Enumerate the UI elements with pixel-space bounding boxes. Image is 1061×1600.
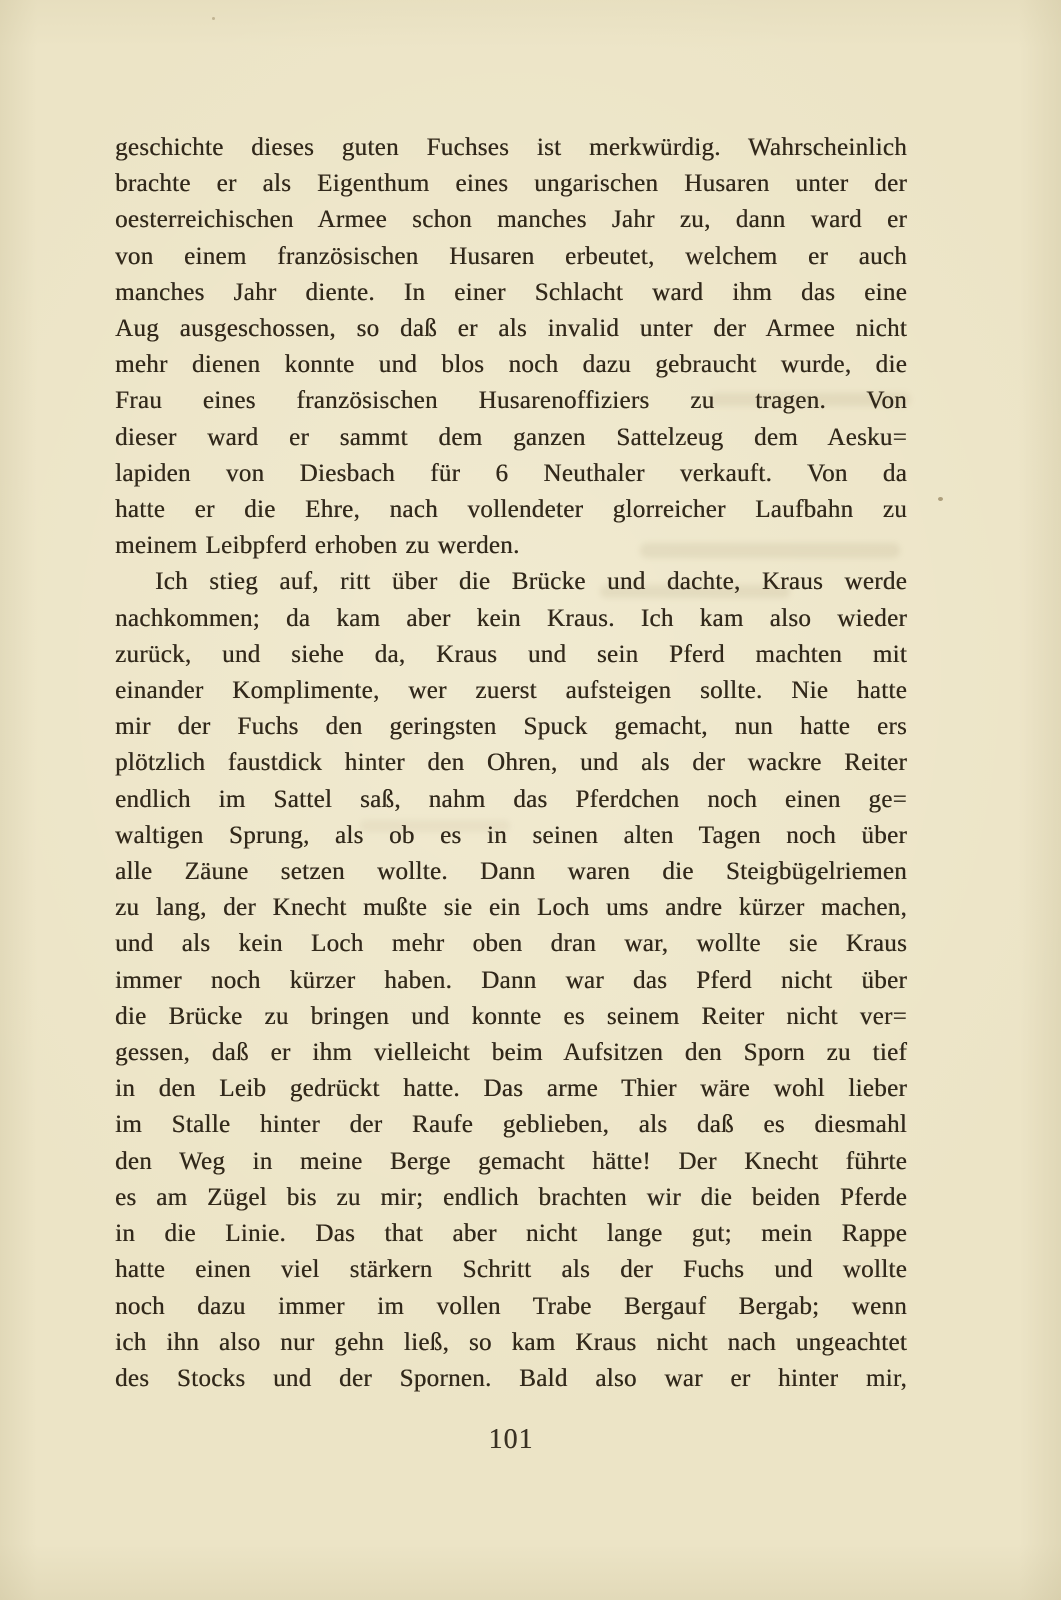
text-line: Ich stieg auf, ritt über die Brücke und …: [115, 564, 907, 600]
text-line: waltigen Sprung, als ob es in seinen alt…: [115, 818, 907, 854]
scanned-book-page: geschichte dieses guten Fuchses ist merk…: [0, 0, 1061, 1600]
text-line: oesterreichischen Armee schon manches Ja…: [115, 202, 907, 238]
text-line: brachte er als Eigenthum eines ungarisch…: [115, 166, 907, 202]
text-line: mir der Fuchs den geringsten Spuck gemac…: [115, 709, 907, 745]
paper-fleck: [212, 17, 215, 20]
text-line: geschichte dieses guten Fuchses ist merk…: [115, 130, 907, 166]
text-line: es am Zügel bis zu mir; endlich brachten…: [115, 1180, 907, 1216]
text-line: gessen, daß er ihm vielleicht beim Aufsi…: [115, 1035, 907, 1071]
text-line: des Stocks und der Spornen. Bald also wa…: [115, 1361, 907, 1397]
text-line: zu lang, der Knecht mußte sie ein Loch u…: [115, 890, 907, 926]
text-line: Aug ausgeschossen, so daß er als invalid…: [115, 311, 907, 347]
text-line: einander Komplimente, wer zuerst aufstei…: [115, 673, 907, 709]
text-line: den Weg in meine Berge gemacht hätte! De…: [115, 1144, 907, 1180]
text-line: noch dazu immer im vollen Trabe Bergauf …: [115, 1289, 907, 1325]
text-line: dieser ward er sammt dem ganzen Sattelze…: [115, 420, 907, 456]
text-line: nachkommen; da kam aber kein Kraus. Ich …: [115, 601, 907, 637]
text-line: in die Linie. Das that aber nicht lange …: [115, 1216, 907, 1252]
text-line: in den Leib gedrückt hatte. Das arme Thi…: [115, 1071, 907, 1107]
text-line: manches Jahr diente. In einer Schlacht w…: [115, 275, 907, 311]
paper-fleck: [938, 497, 943, 501]
text-line: alle Zäune setzen wollte. Dann waren die…: [115, 854, 907, 890]
text-line: zurück, und siehe da, Kraus und sein Pfe…: [115, 637, 907, 673]
text-line: mehr dienen konnte und blos noch dazu ge…: [115, 347, 907, 383]
text-line: lapiden von Diesbach für 6 Neuthaler ver…: [115, 456, 907, 492]
text-line: endlich im Sattel saß, nahm das Pferdche…: [115, 782, 907, 818]
text-line: meinem Leibpferd erhoben zu werden.: [115, 528, 907, 564]
text-line: hatte er die Ehre, nach vollendeter glor…: [115, 492, 907, 528]
text-line: von einem französischen Husaren erbeutet…: [115, 239, 907, 275]
paragraph-2: Ich stieg auf, ritt über die Brücke und …: [115, 564, 907, 1397]
text-line: im Stalle hinter der Raufe geblieben, al…: [115, 1107, 907, 1143]
text-line: ich ihn also nur gehn ließ, so kam Kraus…: [115, 1325, 907, 1361]
paragraph-1: geschichte dieses guten Fuchses ist merk…: [115, 130, 907, 564]
page-number: 101: [115, 1424, 907, 1456]
text-line: plötzlich faustdick hinter den Ohren, un…: [115, 745, 907, 781]
text-line: Frau eines französischen Husarenoffizier…: [115, 383, 907, 419]
page-text-block: geschichte dieses guten Fuchses ist merk…: [115, 130, 907, 1397]
text-line: immer noch kürzer haben. Dann war das Pf…: [115, 963, 907, 999]
text-line: die Brücke zu bringen und konnte es sein…: [115, 999, 907, 1035]
text-line: und als kein Loch mehr oben dran war, wo…: [115, 926, 907, 962]
text-line: hatte einen viel stärkern Schritt als de…: [115, 1252, 907, 1288]
